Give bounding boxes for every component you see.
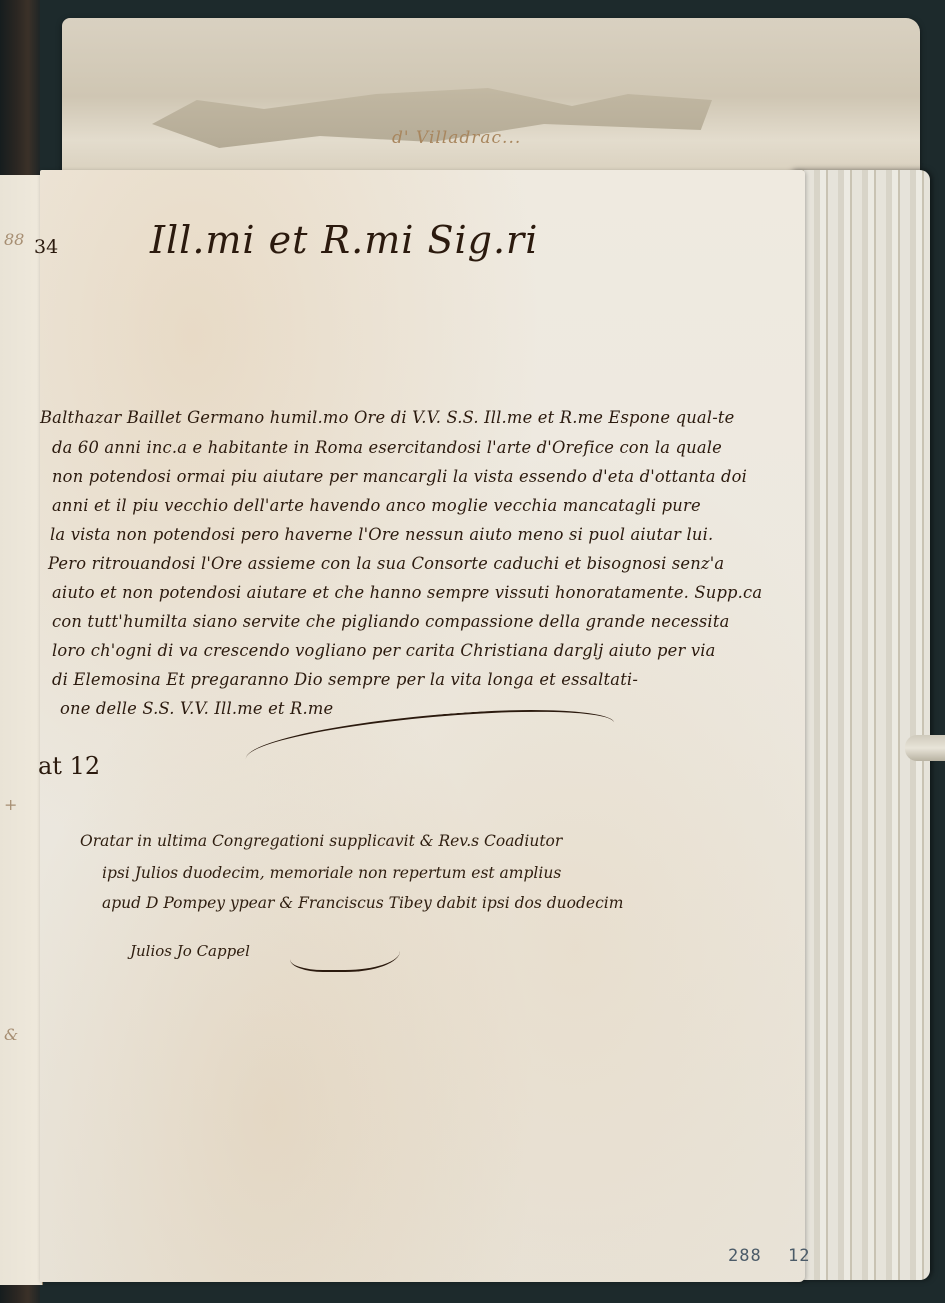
petition-line: anni et il piu vecchio dell'arte havendo… xyxy=(52,496,701,515)
archive-number-stamp: 288 xyxy=(728,1246,762,1266)
margin-note: at 12 xyxy=(38,752,100,780)
bleed-through-text: 88 xyxy=(4,230,24,249)
binding-string xyxy=(905,735,945,761)
petition-line: con tutt'humilta siano servite che pigli… xyxy=(52,612,730,631)
salutation-heading: Ill.mi et R.mi Sig.ri xyxy=(150,218,538,262)
cover-annotation: d' Villadrac... xyxy=(392,128,521,148)
petition-line: loro ch'ogni di va crescendo vogliano pe… xyxy=(52,641,716,660)
facing-page-fragment: 88 + & xyxy=(0,175,43,1285)
bleed-through-text: & xyxy=(4,1025,18,1044)
stacked-page-edges xyxy=(790,170,930,1280)
petition-line: da 60 anni inc.a e habitante in Roma ese… xyxy=(52,438,722,457)
petition-line: Balthazar Baillet Germano humil.mo Ore d… xyxy=(40,408,734,427)
signature-paraph xyxy=(290,930,400,972)
manuscript-page: 34 Ill.mi et R.mi Sig.ri Balthazar Baill… xyxy=(40,170,805,1282)
petition-line: la vista non potendosi pero haverne l'Or… xyxy=(50,525,713,544)
petition-line: one delle S.S. V.V. Ill.me et R.me xyxy=(60,699,333,718)
folded-cover-leaf: d' Villadrac... xyxy=(62,18,920,193)
petition-line: di Elemosina Et pregaranno Dio sempre pe… xyxy=(52,670,638,689)
rescript-signature: Julios Jo Cappel xyxy=(130,942,250,960)
rescript-line: apud D Pompey ypear & Franciscus Tibey d… xyxy=(102,894,623,912)
folio-number: 34 xyxy=(34,236,58,258)
petition-line: aiuto et non potendosi aiutare et che ha… xyxy=(52,583,762,602)
petition-line: non potendosi ormai piu aiutare per manc… xyxy=(52,467,747,486)
bleed-through-text: + xyxy=(4,795,17,814)
rescript-line: Oratar in ultima Congregationi supplicav… xyxy=(80,832,562,850)
petition-line: Pero ritrouandosi l'Ore assieme con la s… xyxy=(48,554,724,573)
rescript-line: ipsi Julios duodecim, memoriale non repe… xyxy=(102,864,561,882)
archive-number-stamp: 12 xyxy=(788,1246,810,1266)
